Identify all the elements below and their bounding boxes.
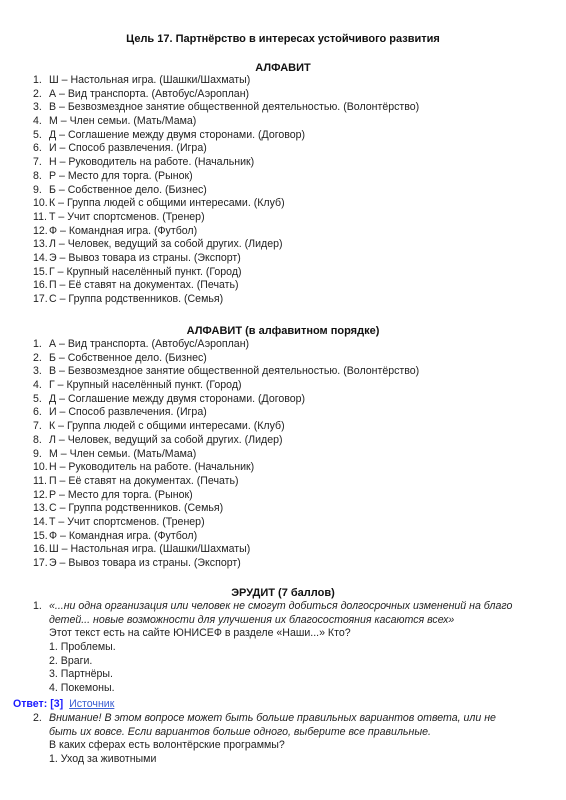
item-number: 16. — [33, 543, 49, 557]
question-number: 2. — [33, 712, 49, 724]
item-text: Л – Человек, ведущий за собой других. (Л… — [49, 434, 283, 446]
item-number: 16. — [33, 279, 49, 293]
list-item: 6.И – Способ развлечения. (Игра) — [33, 406, 419, 420]
question-2: 2. Внимание! В этом вопросе может быть б… — [33, 712, 553, 767]
list-item: 11.П – Её ставят на документах. (Печать) — [33, 475, 419, 489]
document-title: Цель 17. Партнёрство в интересах устойчи… — [0, 33, 566, 45]
item-text: Л – Человек, ведущий за собой других. (Л… — [49, 238, 283, 250]
list-item: 15.Ф – Командная игра. (Футбол) — [33, 530, 419, 544]
item-text: И – Способ развлечения. (Игра) — [49, 406, 207, 418]
question-note-line: быть их вовсе. Если вариантов больше одн… — [49, 726, 553, 740]
list-item: 13.Л – Человек, ведущий за собой других.… — [33, 238, 419, 252]
question-number: 1. — [33, 600, 49, 612]
list-item: 3.В – Безвозмездное занятие общественной… — [33, 101, 419, 115]
item-number: 4. — [33, 379, 49, 393]
list-item: 3.В – Безвозмездное занятие общественной… — [33, 365, 419, 379]
item-number: 2. — [33, 352, 49, 366]
answer-option: 1. Уход за животными — [49, 753, 553, 767]
list-item: 2.Б – Собственное дело. (Бизнес) — [33, 352, 419, 366]
item-number: 15. — [33, 530, 49, 544]
question-prompt: Этот текст есть на сайте ЮНИСЕФ в раздел… — [49, 627, 553, 641]
item-text: Б – Собственное дело. (Бизнес) — [49, 184, 207, 196]
list-item: 1.А – Вид транспорта. (Автобус/Аэроплан) — [33, 338, 419, 352]
item-text: Д – Соглашение между двумя сторонами. (Д… — [49, 393, 305, 405]
list-item: 7.К – Группа людей с общими интересами. … — [33, 420, 419, 434]
list-item: 9.М – Член семьи. (Мать/Мама) — [33, 448, 419, 462]
item-number: 2. — [33, 88, 49, 102]
section-heading-alphabet: АЛФАВИТ — [0, 62, 566, 74]
item-number: 12. — [33, 225, 49, 239]
item-number: 17. — [33, 293, 49, 307]
item-text: Т – Учит спортсменов. (Тренер) — [49, 211, 205, 223]
question-note-line: Внимание! В этом вопросе может быть боль… — [49, 712, 553, 726]
item-text: Ф – Командная игра. (Футбол) — [49, 530, 197, 542]
list-item: 16.Ш – Настольная игра. (Шашки/Шахматы) — [33, 543, 419, 557]
question-1: 1. «...ни одна организация или человек н… — [33, 600, 553, 696]
alphabet-sorted-list: 1.А – Вид транспорта. (Автобус/Аэроплан)… — [33, 338, 419, 571]
item-text: Р – Место для торга. (Рынок) — [49, 170, 193, 182]
item-text: А – Вид транспорта. (Автобус/Аэроплан) — [49, 88, 249, 100]
item-number: 12. — [33, 489, 49, 503]
answer-option: 1. Проблемы. — [49, 641, 553, 655]
answer-option: 4. Покемоны. — [49, 682, 553, 696]
item-number: 15. — [33, 266, 49, 280]
list-item: 16.П – Её ставят на документах. (Печать) — [33, 279, 419, 293]
item-text: И – Способ развлечения. (Игра) — [49, 142, 207, 154]
item-text: М – Член семьи. (Мать/Мама) — [49, 448, 196, 460]
item-number: 1. — [33, 338, 49, 352]
item-text: Г – Крупный населённый пункт. (Город) — [49, 266, 242, 278]
item-number: 13. — [33, 238, 49, 252]
section-heading-alphabet-sorted: АЛФАВИТ (в алфавитном порядке) — [0, 325, 566, 337]
item-number: 6. — [33, 406, 49, 420]
item-text: В – Безвозмездное занятие общественной д… — [49, 365, 419, 377]
item-number: 4. — [33, 115, 49, 129]
item-number: 11. — [33, 211, 49, 225]
list-item: 2.А – Вид транспорта. (Автобус/Аэроплан) — [33, 88, 419, 102]
item-number: 5. — [33, 129, 49, 143]
item-number: 8. — [33, 170, 49, 184]
answer-option: 2. Враги. — [49, 655, 553, 669]
list-item: 9.Б – Собственное дело. (Бизнес) — [33, 184, 419, 198]
list-item: 12.Р – Место для торга. (Рынок) — [33, 489, 419, 503]
item-number: 11. — [33, 475, 49, 489]
answer-label: Ответ: [3] — [13, 698, 63, 710]
list-item: 10.К – Группа людей с общими интересами.… — [33, 197, 419, 211]
list-item: 5.Д – Соглашение между двумя сторонами. … — [33, 393, 419, 407]
list-item: 4.М – Член семьи. (Мать/Мама) — [33, 115, 419, 129]
list-item: 8.Л – Человек, ведущий за собой других. … — [33, 434, 419, 448]
item-text: С – Группа родственников. (Семья) — [49, 502, 223, 514]
item-number: 5. — [33, 393, 49, 407]
item-number: 7. — [33, 420, 49, 434]
list-item: 7.Н – Руководитель на работе. (Начальник… — [33, 156, 419, 170]
item-text: Н – Руководитель на работе. (Начальник) — [49, 461, 254, 473]
question-quote-line: детей... новые возможности для улучшения… — [49, 614, 553, 628]
item-text: В – Безвозмездное занятие общественной д… — [49, 101, 419, 113]
item-number: 6. — [33, 142, 49, 156]
document-page: Цель 17. Партнёрство в интересах устойчи… — [0, 0, 566, 800]
item-text: П – Её ставят на документах. (Печать) — [49, 475, 239, 487]
item-number: 9. — [33, 448, 49, 462]
item-text: М – Член семьи. (Мать/Мама) — [49, 115, 196, 127]
item-number: 13. — [33, 502, 49, 516]
list-item: 17.Э – Вывоз товара из страны. (Экспорт) — [33, 557, 419, 571]
item-text: Ш – Настольная игра. (Шашки/Шахматы) — [49, 543, 250, 555]
item-text: К – Группа людей с общими интересами. (К… — [49, 420, 285, 432]
item-text: Э – Вывоз товара из страны. (Экспорт) — [49, 252, 241, 264]
list-item: 11.Т – Учит спортсменов. (Тренер) — [33, 211, 419, 225]
item-text: С – Группа родственников. (Семья) — [49, 293, 223, 305]
list-item: 13.С – Группа родственников. (Семья) — [33, 502, 419, 516]
question-prompt: В каких сферах есть волонтёрские програм… — [49, 739, 553, 753]
item-number: 17. — [33, 557, 49, 571]
item-text: П – Её ставят на документах. (Печать) — [49, 279, 239, 291]
list-item: 4.Г – Крупный населённый пункт. (Город) — [33, 379, 419, 393]
list-item: 5.Д – Соглашение между двумя сторонами. … — [33, 129, 419, 143]
list-item: 14.Т – Учит спортсменов. (Тренер) — [33, 516, 419, 530]
item-text: К – Группа людей с общими интересами. (К… — [49, 197, 285, 209]
item-text: Р – Место для торга. (Рынок) — [49, 489, 193, 501]
item-text: Э – Вывоз товара из страны. (Экспорт) — [49, 557, 241, 569]
alphabet-list: 1.Ш – Настольная игра. (Шашки/Шахматы)2.… — [33, 74, 419, 307]
section-heading-erudite: ЭРУДИТ (7 баллов) — [0, 587, 566, 599]
list-item: 14.Э – Вывоз товара из страны. (Экспорт) — [33, 252, 419, 266]
item-number: 14. — [33, 516, 49, 530]
item-number: 3. — [33, 101, 49, 115]
item-number: 3. — [33, 365, 49, 379]
item-number: 10. — [33, 461, 49, 475]
item-number: 10. — [33, 197, 49, 211]
list-item: 15.Г – Крупный населённый пункт. (Город) — [33, 266, 419, 280]
answer-line: Ответ: [3] Источник — [13, 697, 114, 711]
item-number: 14. — [33, 252, 49, 266]
item-text: Н – Руководитель на работе. (Начальник) — [49, 156, 254, 168]
list-item: 8.Р – Место для торга. (Рынок) — [33, 170, 419, 184]
item-text: Г – Крупный населённый пункт. (Город) — [49, 379, 242, 391]
question-quote-line: «...ни одна организация или человек не с… — [49, 600, 553, 614]
list-item: 12.Ф – Командная игра. (Футбол) — [33, 225, 419, 239]
item-text: Т – Учит спортсменов. (Тренер) — [49, 516, 205, 528]
list-item: 10.Н – Руководитель на работе. (Начальни… — [33, 461, 419, 475]
source-link[interactable]: Источник — [69, 698, 114, 710]
item-text: А – Вид транспорта. (Автобус/Аэроплан) — [49, 338, 249, 350]
item-number: 9. — [33, 184, 49, 198]
list-item: 1.Ш – Настольная игра. (Шашки/Шахматы) — [33, 74, 419, 88]
item-number: 8. — [33, 434, 49, 448]
item-number: 7. — [33, 156, 49, 170]
item-number: 1. — [33, 74, 49, 88]
item-text: Ф – Командная игра. (Футбол) — [49, 225, 197, 237]
list-item: 6.И – Способ развлечения. (Игра) — [33, 142, 419, 156]
item-text: Ш – Настольная игра. (Шашки/Шахматы) — [49, 74, 250, 86]
item-text: Д – Соглашение между двумя сторонами. (Д… — [49, 129, 305, 141]
answer-option: 3. Партнёры. — [49, 668, 553, 682]
list-item: 17.С – Группа родственников. (Семья) — [33, 293, 419, 307]
item-text: Б – Собственное дело. (Бизнес) — [49, 352, 207, 364]
